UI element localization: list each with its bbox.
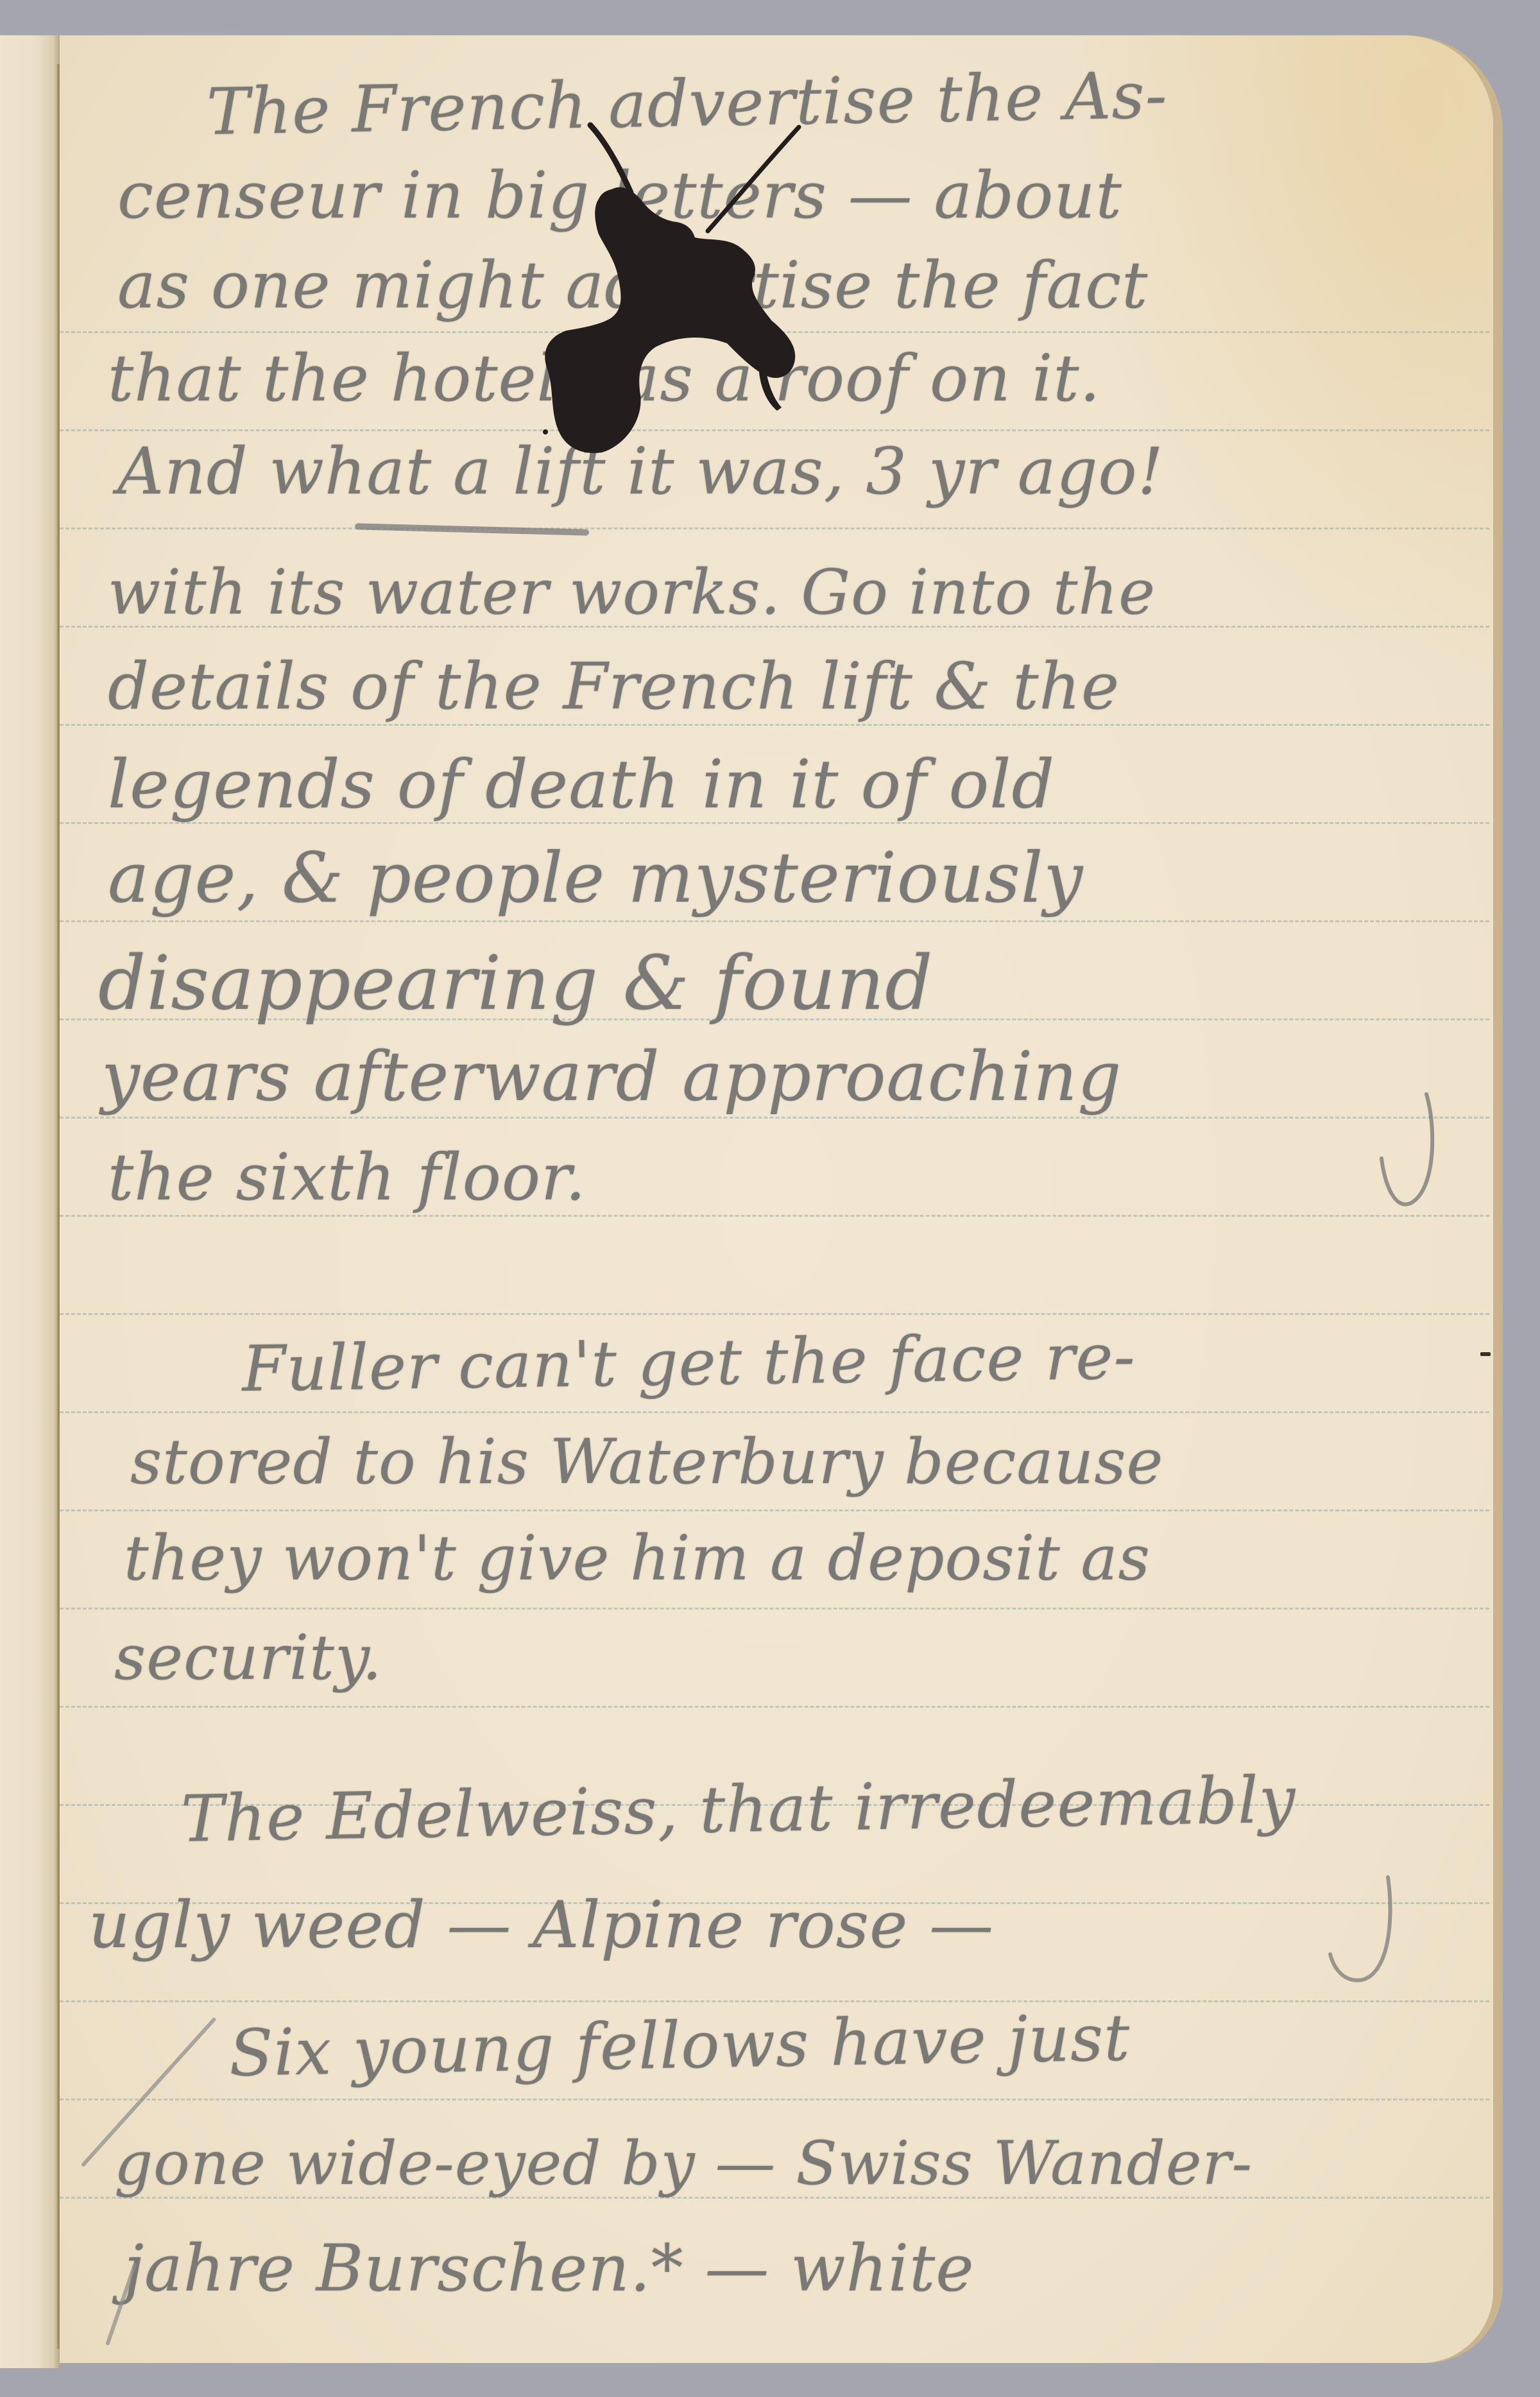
handwritten-line: gone wide-eyed by — Swiss Wander- <box>114 2134 1253 2194</box>
ink-mark <box>1480 1352 1491 1356</box>
handwritten-line: details of the French lift & the <box>108 655 1120 719</box>
ruled-line <box>60 920 1489 922</box>
ruled-line <box>60 1215 1489 1217</box>
ruled-line <box>60 724 1489 726</box>
notebook-scan: The French advertise the As- censeur in … <box>0 0 1540 2397</box>
ruled-line <box>60 1313 1489 1315</box>
left-page-edge <box>0 35 60 2368</box>
ruled-line <box>60 1608 1489 1610</box>
handwritten-line: jahre Burschen.* — white <box>124 2237 975 2301</box>
descender-curve <box>1317 1871 1407 1999</box>
ruled-line <box>60 1509 1489 1511</box>
handwritten-line: The Edelweiss, that irredeemably <box>180 1768 1296 1851</box>
notebook-page: The French advertise the As- censeur in … <box>60 35 1503 2363</box>
ruled-line <box>60 1706 1489 1708</box>
handwritten-line: legends of death in it of old <box>108 751 1055 818</box>
handwritten-line: years afterward approaching <box>101 1043 1122 1111</box>
handwritten-line: age, & people mysteriously <box>108 844 1083 913</box>
handwritten-line: they won't give him a deposit as <box>124 1527 1151 1589</box>
descender-curve <box>1375 1088 1452 1229</box>
ruled-line <box>60 2000 1489 2002</box>
handwritten-line: security. <box>114 1627 382 1688</box>
handwritten-line: stored to his Waterbury because <box>130 1431 1163 1493</box>
page-paper: The French advertise the As- censeur in … <box>60 35 1493 2363</box>
ruled-line <box>60 1411 1489 1413</box>
handwritten-line: the sixth floor. <box>108 1146 586 1210</box>
ink-blot <box>60 35 1493 613</box>
ruled-line <box>60 1117 1489 1119</box>
handwritten-line: disappearing & found <box>98 947 933 1021</box>
handwritten-line: ugly weed — Alpine rose — <box>89 1893 994 1957</box>
handwritten-line: Six young fellows have just <box>228 2006 1131 2086</box>
ruled-line <box>60 2099 1489 2101</box>
handwritten-line: Fuller can't get the face re- <box>242 1326 1136 1401</box>
